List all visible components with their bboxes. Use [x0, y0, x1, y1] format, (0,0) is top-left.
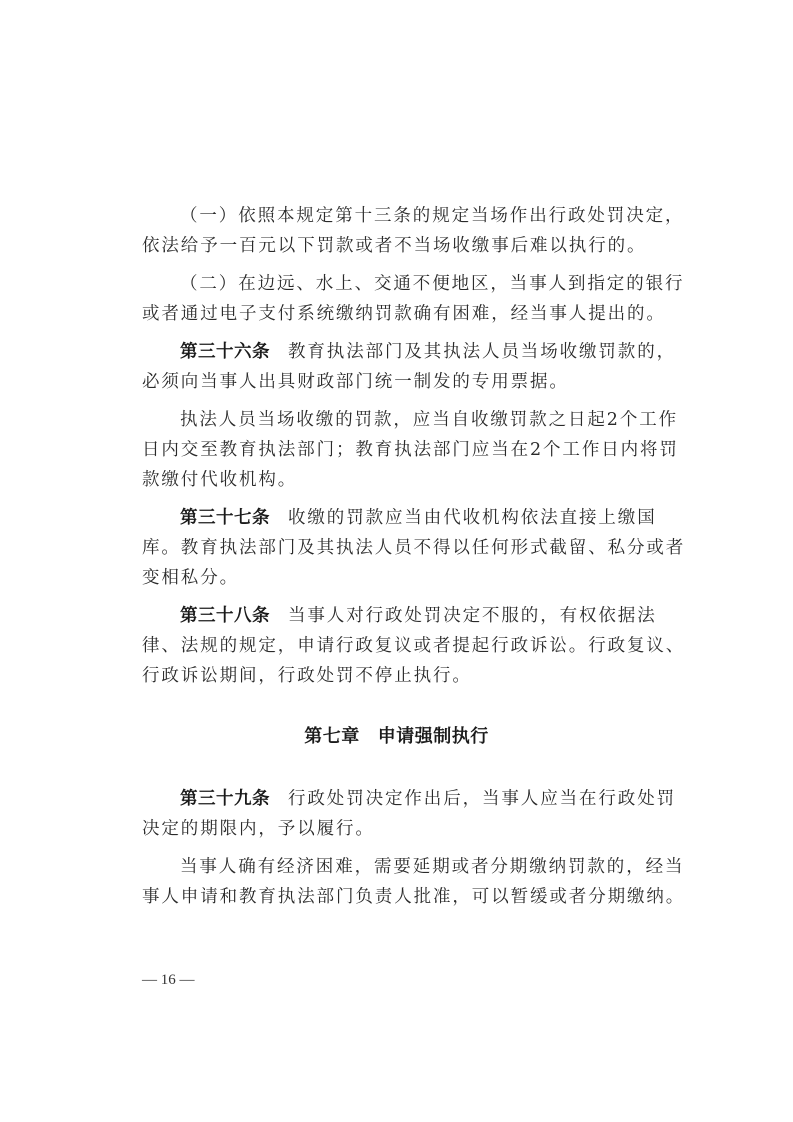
- paragraph-line: 事人申请和教育执法部门负责人批准，可以暂缓或者分期缴纳。: [142, 886, 662, 908]
- paragraph-line: 款缴付代收机构。: [142, 469, 662, 491]
- article-38-line: 第三十八条当事人对行政处罚决定不服的，有权依据法: [180, 605, 662, 627]
- article-39-line: 第三十九条行政处罚决定作出后，当事人应当在行政处罚: [180, 788, 662, 810]
- article-label: 第三十九条: [180, 789, 270, 809]
- chapter-heading: 第七章申请强制执行: [0, 722, 793, 748]
- paragraph-line: 库。教育执法部门及其执法人员不得以任何形式截留、私分或者: [142, 537, 662, 559]
- chapter-title: 申请强制执行: [378, 726, 489, 747]
- paragraph-line: 决定的期限内，予以履行。: [142, 818, 662, 840]
- article-text: 当事人对行政处罚决定不服的，有权依据法: [288, 606, 657, 626]
- paragraph-line: （二）在边远、水上、交通不便地区，当事人到指定的银行: [180, 273, 662, 295]
- document-page: （一）依照本规定第十三条的规定当场作出行政处罚决定， 依法给予一百元以下罚款或者…: [0, 0, 793, 1122]
- page-number: — 16 —: [142, 972, 195, 989]
- paragraph-line: 必须向当事人出具财政部门统一制发的专用票据。: [142, 371, 662, 393]
- article-text: 教育执法部门及其执法人员当场收缴罚款的，: [288, 342, 676, 362]
- article-36-line: 第三十六条教育执法部门及其执法人员当场收缴罚款的，: [180, 341, 662, 363]
- chapter-number: 第七章: [304, 726, 360, 747]
- article-37-line: 第三十七条收缴的罚款应当由代收机构依法直接上缴国: [180, 507, 662, 529]
- paragraph-line: 日内交至教育执法部门；教育执法部门应当在2个工作日内将罚: [142, 439, 662, 461]
- article-label: 第三十六条: [180, 342, 270, 362]
- article-text: 行政处罚决定作出后，当事人应当在行政处罚: [288, 789, 676, 809]
- paragraph-line: （一）依照本规定第十三条的规定当场作出行政处罚决定，: [180, 205, 662, 227]
- article-label: 第三十七条: [180, 508, 270, 528]
- paragraph-line: 依法给予一百元以下罚款或者不当场收缴事后难以执行的。: [142, 235, 662, 257]
- paragraph-line: 律、法规的规定，申请行政复议或者提起行政诉讼。行政复议、: [142, 635, 662, 657]
- paragraph-line: 或者通过电子支付系统缴纳罚款确有困难，经当事人提出的。: [142, 303, 662, 325]
- article-label: 第三十八条: [180, 606, 270, 626]
- article-text: 收缴的罚款应当由代收机构依法直接上缴国: [288, 508, 657, 528]
- paragraph-line: 变相私分。: [142, 567, 662, 589]
- paragraph-line: 行政诉讼期间，行政处罚不停止执行。: [142, 665, 662, 687]
- paragraph-line: 执法人员当场收缴的罚款，应当自收缴罚款之日起2个工作: [180, 409, 662, 431]
- paragraph-line: 当事人确有经济困难，需要延期或者分期缴纳罚款的，经当: [180, 856, 662, 878]
